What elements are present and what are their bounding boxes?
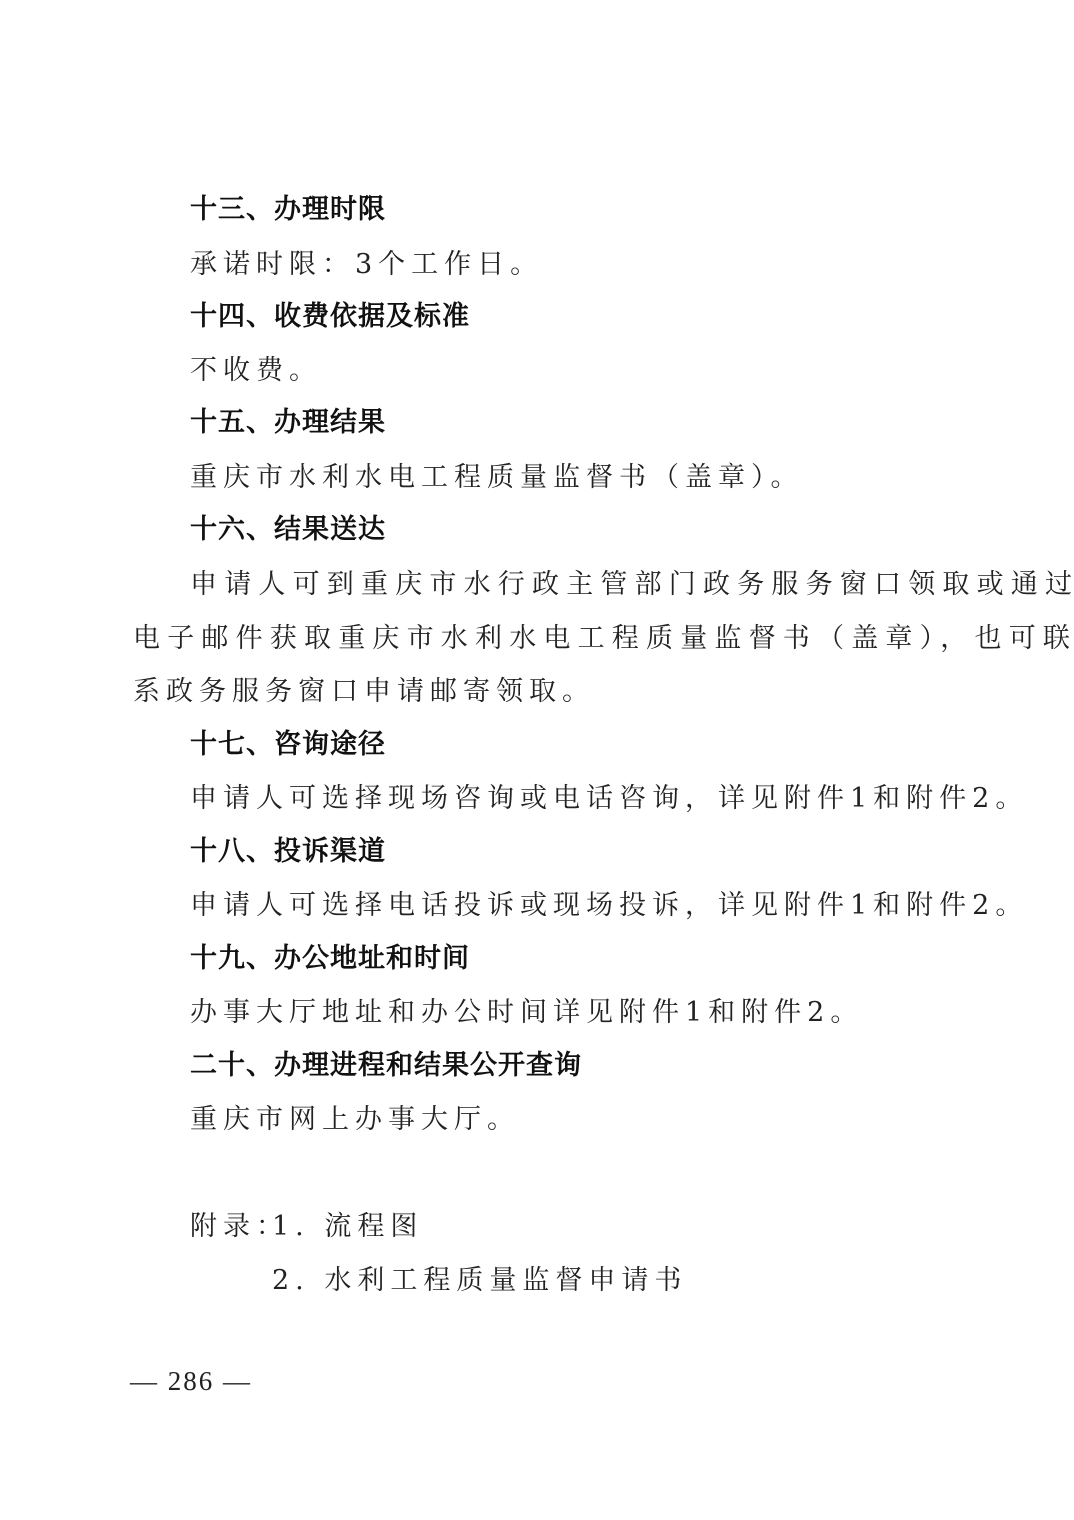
section-body-20: 重庆市网上办事大厅。	[190, 1103, 520, 1137]
section-heading-14: 十四、收费依据及标准	[190, 300, 470, 334]
section-heading-17: 十七、咨询途径	[190, 728, 386, 762]
page-number: — 286 —	[130, 1366, 252, 1397]
section-heading-20: 二十、办理进程和结果公开查询	[190, 1049, 582, 1083]
section-body-19: 办事大厅地址和办公时间详见附件1和附件2。	[190, 996, 863, 1030]
appendix-item-1: 1. 流程图	[272, 1210, 423, 1244]
section-body-15: 重庆市水利水电工程质量监督书（盖章）。	[190, 461, 804, 495]
section-heading-16: 十六、结果送达	[190, 513, 386, 547]
appendix-item-2: 2. 水利工程质量监督申请书	[272, 1264, 687, 1298]
section-body-14: 不收费。	[190, 354, 322, 388]
section-heading-18: 十八、投诉渠道	[190, 835, 386, 869]
section-body-17: 申请人可选择现场咨询或电话咨询，详见附件1和附件2。	[190, 782, 1028, 816]
section-heading-13: 十三、办理时限	[190, 193, 386, 227]
section-body-16-line2: 电子邮件获取重庆市水利水电工程质量监督书（盖章），也可联	[133, 622, 1074, 656]
section-body-16-line1: 申请人可到重庆市水行政主管部门政务服务窗口领取或通过	[190, 568, 1074, 602]
section-body-13: 承诺时限：3个工作日。	[190, 248, 543, 282]
section-heading-15: 十五、办理结果	[190, 406, 386, 440]
section-body-16-line3: 系政务服务窗口申请邮寄领取。	[133, 675, 595, 709]
section-body-18: 申请人可选择电话投诉或现场投诉，详见附件1和附件2。	[190, 889, 1028, 923]
section-heading-19: 十九、办公地址和时间	[190, 942, 470, 976]
